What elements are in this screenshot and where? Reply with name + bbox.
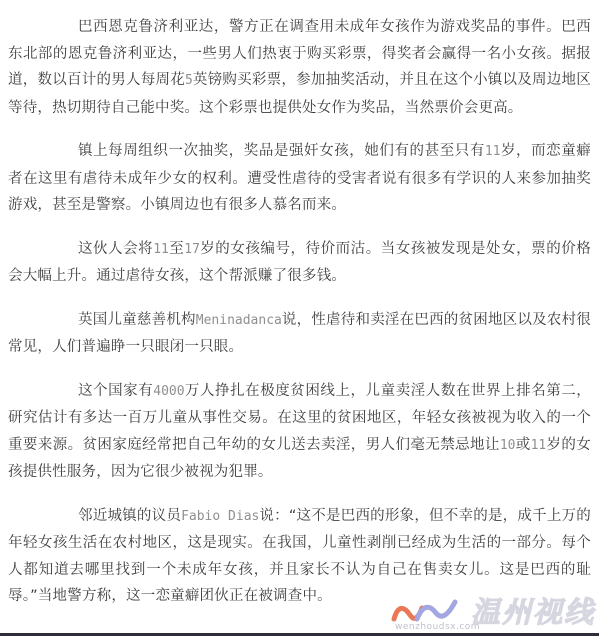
site-watermark: wenzhoudsx.com 温州视线 [389, 596, 597, 632]
paragraph: 这伙人会将11至17岁的女孩编号，待价而沽。当女孩被发现是处女，票的价格会大幅上… [8, 236, 591, 290]
article-body: 巴西恩克鲁济利亚达，警方正在调查用未成年女孩作为游戏奖品的事件。巴西东北部的恩克… [0, 0, 599, 610]
watermark-url: wenzhoudsx.com [395, 622, 480, 632]
site-logo-icon [389, 598, 467, 624]
paragraph: 英国儿童慈善机构Meninadanca说，性虐待和卖淫在巴西的贫困地区以及农村很… [8, 307, 591, 361]
article-page: 巴西恩克鲁济利亚达，警方正在调查用未成年女孩作为游戏奖品的事件。巴西东北部的恩克… [0, 0, 599, 636]
paragraph: 巴西恩克鲁济利亚达，警方正在调查用未成年女孩作为游戏奖品的事件。巴西东北部的恩克… [8, 14, 591, 121]
paragraph: 镇上每周组织一次抽奖，奖品是强奸女孩，她们有的甚至只有11岁，而恋童癖者在这里有… [8, 138, 591, 219]
paragraph: 这个国家有4000万人挣扎在极度贫困线上，儿童卖淫人数在世界上排名第二，研究估计… [8, 378, 591, 486]
watermark-site-name: 温州视线 [471, 590, 595, 631]
